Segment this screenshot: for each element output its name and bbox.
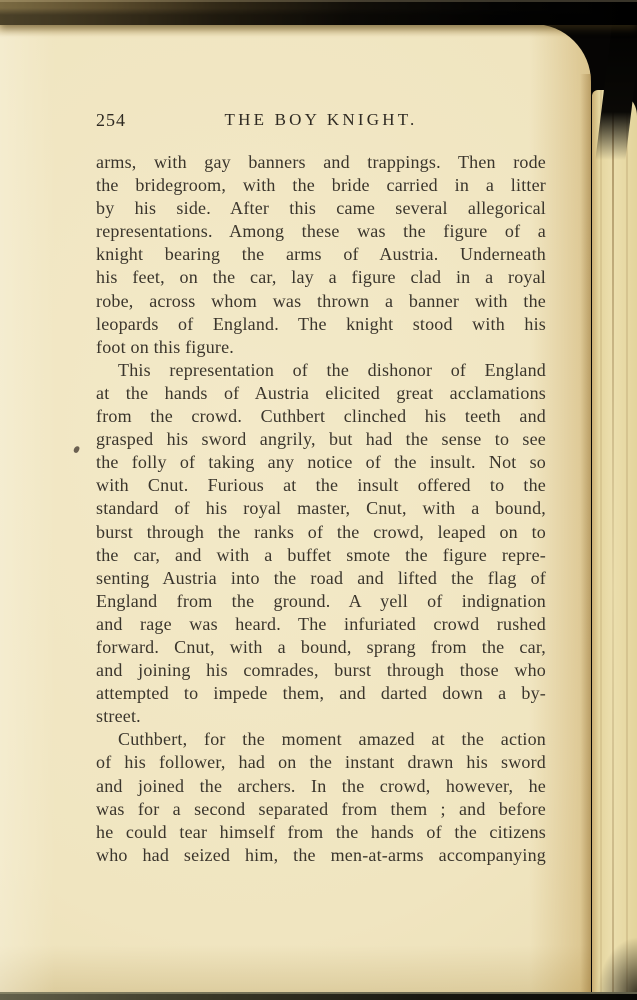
- book-bottom-edge: [0, 992, 637, 1000]
- text-line: This representation of the dishonor of E…: [96, 359, 546, 382]
- text-line: leopards of England. The knight stood wi…: [96, 313, 546, 336]
- text-line: burst through the ranks of the crowd, le…: [96, 521, 546, 544]
- text-line: Cuthbert, for the moment amazed at the a…: [96, 728, 546, 751]
- text-line: street.: [96, 705, 546, 728]
- text-block: arms, with gay banners and trappings. Th…: [96, 151, 546, 867]
- running-title: THE BOY KNIGHT.: [96, 110, 546, 130]
- text-line: by his side. After this came several all…: [96, 197, 546, 220]
- text-line: and joined the archers. In the crowd, ho…: [96, 775, 546, 798]
- text-line: who had seized him, the men-at-arms acco…: [96, 844, 546, 867]
- text-line: senting Austria into the road and lifted…: [96, 567, 546, 590]
- text-line: robe, across whom was thrown a banner wi…: [96, 290, 546, 313]
- text-line: with Cnut. Furious at the insult offered…: [96, 474, 546, 497]
- text-line: the car, and with a buffet smote the fig…: [96, 544, 546, 567]
- book-page-scan: 254 THE BOY KNIGHT. arms, with gay banne…: [0, 0, 637, 1000]
- text-line: of his follower, had on the instant draw…: [96, 751, 546, 774]
- text-line: attempted to impede them, and darted dow…: [96, 682, 546, 705]
- text-line: standard of his royal master, Cnut, with…: [96, 497, 546, 520]
- text-line: the bridegroom, with the bride carried i…: [96, 174, 546, 197]
- text-line: arms, with gay banners and trappings. Th…: [96, 151, 546, 174]
- page-stack-fore-edge: [592, 90, 637, 993]
- book-top-edge: [0, 0, 637, 25]
- text-line: he could tear himself from the hands of …: [96, 821, 546, 844]
- text-line: was for a second separated from them ; a…: [96, 798, 546, 821]
- text-line: his feet, on the car, lay a figure clad …: [96, 266, 546, 289]
- text-line: representations. Among these was the fig…: [96, 220, 546, 243]
- text-line: grasped his sword angrily, but had the s…: [96, 428, 546, 451]
- text-line: at the hands of Austria elicited great a…: [96, 382, 546, 405]
- text-line: and joining his comrades, burst through …: [96, 659, 546, 682]
- text-line: from the crowd. Cuthbert clinched his te…: [96, 405, 546, 428]
- text-line: and rage was heard. The infuriated crowd…: [96, 613, 546, 636]
- text-line: England from the ground. A yell of indig…: [96, 590, 546, 613]
- text-line: knight bearing the arms of Austria. Unde…: [96, 243, 546, 266]
- text-line: the folly of taking any notice of the in…: [96, 451, 546, 474]
- text-line: foot on this figure.: [96, 336, 546, 359]
- page-header: 254 THE BOY KNIGHT.: [96, 110, 546, 130]
- text-line: forward. Cnut, with a bound, sprang from…: [96, 636, 546, 659]
